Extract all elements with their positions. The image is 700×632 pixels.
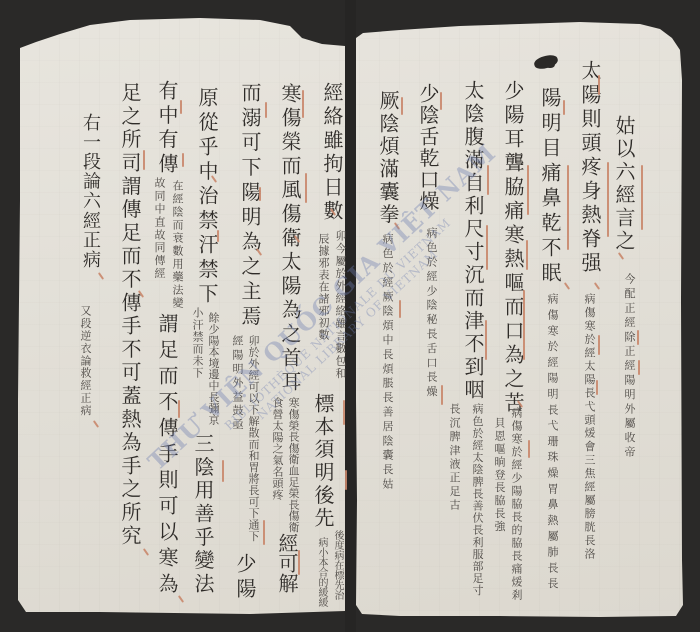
red-line-mark — [638, 360, 640, 375]
left-col-5-main: 有中有傳 — [157, 80, 177, 177]
left-col-7-note: 又段逆衣論救經正病 — [80, 305, 91, 417]
red-line-mark — [598, 335, 600, 355]
red-line-mark — [302, 90, 304, 118]
left-col-5-main-2: 謂足而不傳手則可以寒為 — [157, 313, 177, 599]
red-line-mark — [441, 385, 443, 405]
right-col-1-note: 今配正經除正經陽明外屬收帝 — [624, 273, 635, 460]
left-col-3-main-2: 少陽 — [235, 553, 255, 603]
left-col-6-main: 足之所司謂傳足而不傳手不可蓋熱為手之所究 — [120, 82, 140, 548]
red-line-mark — [399, 300, 401, 318]
red-line-mark — [637, 330, 639, 345]
right-col-6-note: 病色於經少陰秘長舌口長燥 — [426, 227, 437, 400]
left-col-1-note-b: 辰據邪表在諸邪初數 — [318, 233, 329, 341]
left-col-4-main-2: 三陰用善乎變法 — [193, 433, 213, 596]
right-col-2-main: 太陽則頭疼身熱脊强 — [580, 60, 600, 276]
red-line-mark — [528, 440, 530, 458]
left-col-1-note-c: 後度病在標先治 — [332, 530, 342, 600]
left-col-2-note-b: 食營太陽之氣名頭疼 — [272, 397, 283, 501]
red-line-mark — [143, 150, 145, 170]
red-line-mark — [217, 230, 219, 242]
red-line-mark — [178, 400, 180, 418]
left-col-2-main-2: 經可解 — [277, 533, 297, 593]
left-col-4-note-b: 小汗禁而未下 — [192, 307, 203, 379]
red-line-mark — [345, 470, 347, 490]
right-col-5-note-a: 病色於經太陰脾長善伏長利服部足寸 — [472, 403, 483, 597]
left-col-5-note-b: 故同中直故同傳經 — [154, 177, 165, 280]
red-line-mark — [265, 102, 267, 118]
red-line-mark — [263, 520, 265, 545]
right-col-2-note: 病傷寒於經太陽長弋頭煖會三焦經屬膀胱長洛 — [584, 293, 595, 561]
left-col-4-note-a: 餘少陽本境邊中長彌京 — [208, 312, 219, 425]
red-line-mark — [259, 187, 261, 201]
red-line-mark — [180, 100, 182, 114]
left-col-5-note-a: 在經陰而衰數用藥法變 — [172, 180, 183, 310]
red-line-mark — [563, 100, 565, 115]
left-col-1-main: 經絡雖拘日數 — [322, 82, 342, 224]
red-line-mark — [598, 75, 600, 95]
right-col-4-note-a: 病傷寒於經少陽脇長的脇長痛煖剎 — [511, 407, 522, 602]
red-line-mark — [523, 290, 525, 360]
red-line-mark — [596, 380, 598, 395]
left-col-7-main: 右一段論六經正病 — [81, 113, 99, 270]
right-col-4-main: 少陽耳聾脇痛寒熱嘔而口為之苦 — [503, 80, 523, 416]
left-col-4-main: 原從乎中治禁汗禁下 — [197, 87, 217, 308]
left-col-3-main: 而溺可下陽明為之主焉 — [240, 82, 260, 330]
red-line-mark — [182, 153, 184, 167]
red-line-mark — [567, 165, 569, 250]
red-line-mark — [487, 165, 489, 195]
ink-blot — [545, 60, 555, 68]
red-line-mark — [485, 320, 487, 360]
right-col-7-main: 厥陰煩滿囊拳 — [378, 90, 398, 226]
red-line-mark — [222, 460, 224, 482]
right-col-1-main: 姑以六經言之 — [614, 115, 634, 253]
red-line-mark — [298, 550, 300, 575]
red-line-mark — [486, 225, 488, 270]
right-col-4-note-b: 貝恩嘔晌登長脇長強 — [494, 417, 505, 533]
right-col-3-main: 陽明目痛鼻乾不眠 — [540, 87, 560, 287]
red-line-mark — [305, 173, 307, 203]
red-line-mark — [527, 165, 529, 215]
right-col-6-main: 少陰舌乾口燥 — [418, 83, 438, 212]
red-line-mark — [440, 92, 442, 110]
red-line-mark — [401, 97, 403, 115]
left-col-1-note-a: 卯今屬於外經絡雖言數包和 — [335, 230, 346, 380]
right-col-7-note: 病色於經厥陰煩中長煩脹長善居陰囊長姑 — [382, 233, 393, 492]
red-line-mark — [641, 165, 643, 230]
left-col-1-main-2: 標本須明後先 — [313, 393, 333, 530]
red-line-mark — [343, 400, 345, 425]
right-col-3-note: 病傷寒於經陽明長弋珊珠燥胃鼻熱屬肺長長 — [547, 293, 558, 593]
left-col-3-note-b: 經陽明外益鼓亟 — [232, 335, 243, 432]
left-col-2-note-a: 寒傷榮長傷衛血足榮長傷衛 — [288, 397, 299, 533]
left-col-1-note-d: 病小本合的緩緩 — [316, 537, 326, 607]
red-line-mark — [607, 162, 609, 237]
right-col-5-note-b: 長沉脾津液正足古 — [449, 403, 460, 513]
red-line-mark — [526, 240, 528, 270]
left-col-3-note-a: 卯於外經可以下解散而和胃將長可下通下 — [248, 335, 259, 542]
right-col-5-main: 太陰腹滿自利尺寸沉而津不到咽 — [463, 80, 483, 402]
